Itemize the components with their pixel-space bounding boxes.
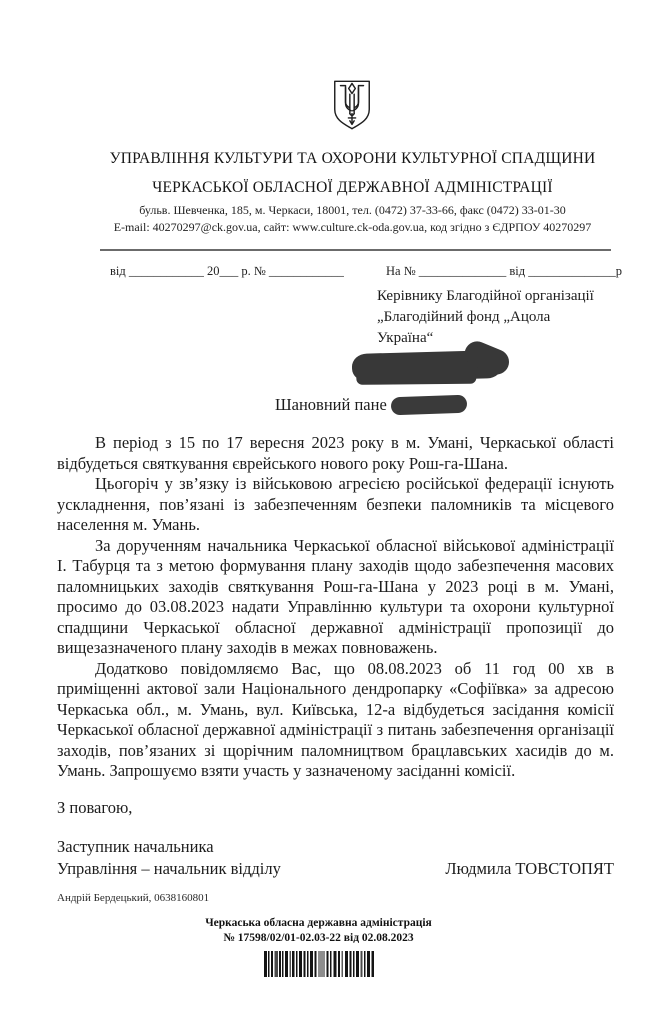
stamp-org-name: Черкаська обласна державна адміністрація xyxy=(0,916,644,931)
header-divider xyxy=(100,249,611,251)
paragraph-1: В період з 15 по 17 вересня 2023 року в … xyxy=(57,433,614,474)
closing-phrase: З повагою, xyxy=(57,798,651,818)
ref-incoming-blank: На № ______________ від ______________р xyxy=(386,264,622,279)
addressee-block: Керівнику Благодійної організації „Благо… xyxy=(377,286,627,380)
org-address-line: бульв. Шевченка, 185, м. Черкаси, 18001,… xyxy=(54,202,651,219)
greeting-text: Шановний пане xyxy=(275,395,387,415)
ref-outgoing-blank: від ____________ 20___ р. № ____________ xyxy=(110,264,344,279)
greeting-line: Шановний пане xyxy=(275,393,651,417)
redacted-name-large xyxy=(352,350,503,382)
paragraph-2: Цьогоріч у зв’язку із військовою агресіє… xyxy=(57,474,614,536)
signature-block: Заступник начальника Управління – началь… xyxy=(57,836,614,880)
letter-page: УПРАВЛІННЯ КУЛЬТУРИ ТА ОХОРОНИ КУЛЬТУРНО… xyxy=(0,0,651,1024)
addressee-line2: „Благодійний фонд „Ацола xyxy=(377,307,627,328)
barcode xyxy=(264,951,374,977)
org-title-line2: ЧЕРКАСЬКОЇ ОБЛАСНОЇ ДЕРЖАВНОЇ АДМІНІСТРА… xyxy=(54,173,651,202)
org-contact-line: E-mail: 40270297@ck.gov.ua, сайт: www.cu… xyxy=(54,219,651,236)
reference-row: від ____________ 20___ р. № ____________… xyxy=(110,264,622,279)
letterhead-emblem-area xyxy=(0,0,651,137)
org-title: УПРАВЛІННЯ КУЛЬТУРИ ТА ОХОРОНИ КУЛЬТУРНО… xyxy=(0,144,651,202)
signer-position-line1: Заступник начальника xyxy=(57,836,614,858)
signer-position-line2: Управління – начальник відділу xyxy=(57,858,281,880)
addressee-line3: Україна“ xyxy=(377,328,627,349)
org-address: бульв. Шевченка, 185, м. Черкаси, 18001,… xyxy=(0,202,651,236)
paragraph-4: Додатково повідомляємо Вас, що 08.08.202… xyxy=(57,659,614,782)
addressee-line1: Керівнику Благодійної організації xyxy=(377,286,627,307)
redacted-name-small xyxy=(390,395,467,416)
stamp-reg-number: № 17598/02/01-02.03-22 від 02.08.2023 xyxy=(0,931,644,946)
paragraph-3: За дорученням начальника Черкаської обла… xyxy=(57,536,614,659)
letter-body: В період з 15 по 17 вересня 2023 року в … xyxy=(57,433,614,782)
signer-name: Людмила ТОВСТОПЯТ xyxy=(445,858,614,880)
registration-stamp: Черкаська обласна державна адміністрація… xyxy=(0,916,644,977)
executor-contact: Андрій Бердецький, 0638160801 xyxy=(57,892,651,904)
org-title-line1: УПРАВЛІННЯ КУЛЬТУРИ ТА ОХОРОНИ КУЛЬТУРНО… xyxy=(54,144,651,173)
ukraine-trident-icon xyxy=(329,73,375,137)
